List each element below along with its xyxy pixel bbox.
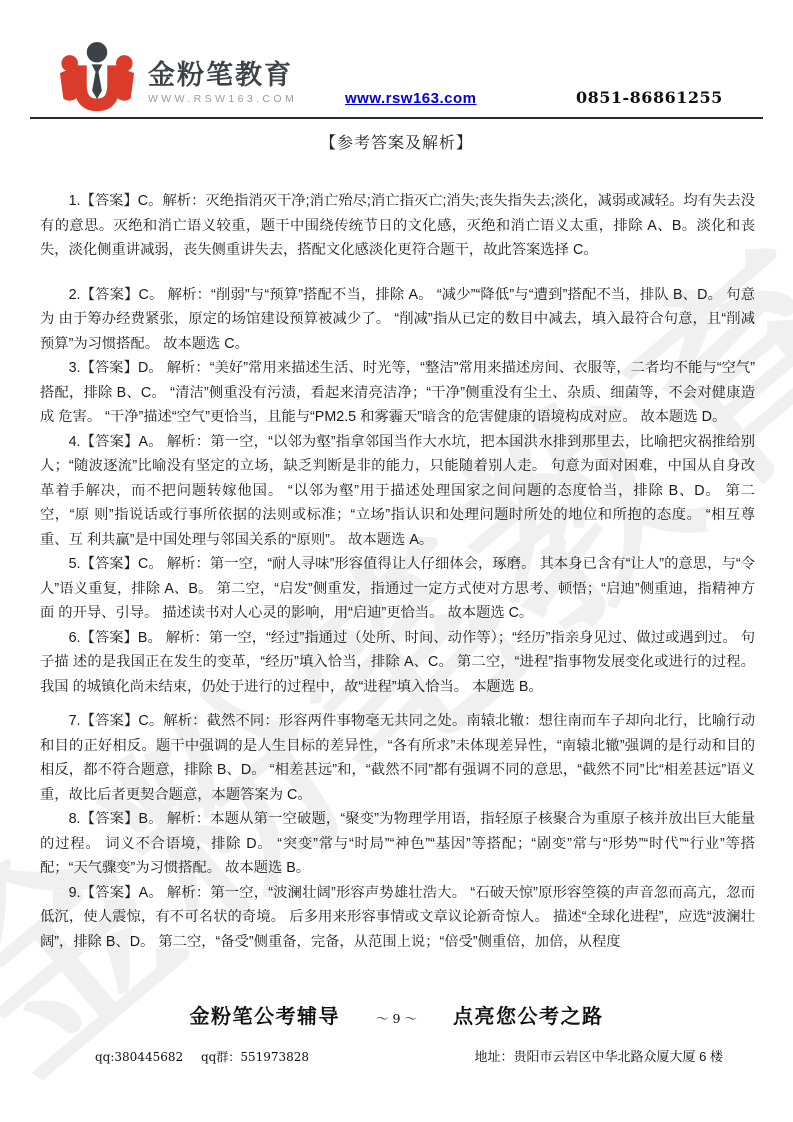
page-title: 【参考答案及解析】 [0, 130, 793, 153]
answer-item-6: 6.【答案】B。 解析：第一空，“经过”指通过（处所、时间、动作等）；“经历”指… [40, 626, 755, 700]
qq-number: qq:380445682 [95, 1050, 183, 1064]
answer-item-2: 2.【答案】C。 解析：“削弱”与“预算”搭配不当，排除 A。 “减少”“降低”… [40, 283, 755, 357]
qq-group-number: qq群：551973828 [201, 1050, 309, 1064]
footer-slogan-right: 点亮您公考之路 [453, 1000, 604, 1029]
website-link[interactable]: www.rsw163.com [345, 90, 477, 107]
answer-item-5: 5.【答案】C。 解析：第一空，“耐人寻味”形容值得让人仔细体会，琢磨。 其本身… [40, 552, 755, 626]
brand-name: 金粉笔教育 [148, 60, 297, 90]
footer-slogan-left: 金粉笔公考辅导 [190, 1000, 341, 1029]
brand-logo-text: 金粉笔教育 WWW.RSW163.COM [148, 60, 297, 105]
page-header: 金粉笔教育 WWW.RSW163.COM www.rsw163.com 0851… [0, 0, 793, 118]
answers-section: 1.【答案】C。解析：灭绝指消灭干净;消亡殆尽;消亡指灭亡;消失;丧失指失去;淡… [40, 189, 755, 954]
answer-item-4: 4.【答案】A。 解析：第一空，“以邻为壑”指拿邻国当作大水坑，把本国洪水排到那… [40, 430, 755, 553]
phone-number: 0851-86861255 [576, 88, 723, 107]
answer-item-7: 7.【答案】C。解析：截然不同：形容两件事物毫无共同之处。南辕北辙：想往南而车子… [40, 709, 755, 807]
document-page: 金粉笔教育 金粉笔教育 WWW.RSW163.COM www.rsw163.co… [0, 0, 793, 1122]
footer-slogan: 金粉笔公考辅导 ～ 9 ～ 点亮您公考之路 [0, 1000, 793, 1029]
answer-item-1: 1.【答案】C。解析：灭绝指消灭干净;消亡殆尽;消亡指灭亡;消失;丧失指失去;淡… [40, 189, 755, 263]
brand-site-caption: WWW.RSW163.COM [148, 93, 297, 105]
answer-item-9: 9.【答案】A。 解析：第一空，“波澜壮阔”形容声势雄壮浩大。 “石破天惊”原形… [40, 881, 755, 955]
header-divider [30, 117, 763, 119]
answer-item-3: 3.【答案】D。 解析：“美好”常用来描述生活、时光等，“整洁”常用来描述房间、… [40, 356, 755, 430]
footer-info: qq:380445682 qq群：551973828 地址：贵阳市云岩区中华北路… [0, 1046, 793, 1065]
footer-address: 地址：贵阳市云岩区中华北路众厦大厦 6 楼 [475, 1046, 723, 1065]
page-number: ～ 9 ～ [376, 1009, 417, 1027]
brand-logo-icon [56, 40, 138, 125]
answer-item-8: 8.【答案】B。 解析：本题从第一空破题，“聚变”为物理学用语，指轻原子核聚合为… [40, 807, 755, 881]
footer-qq-contacts: qq:380445682 qq群：551973828 [95, 1048, 309, 1065]
brand-logo: 金粉笔教育 WWW.RSW163.COM [56, 40, 297, 125]
